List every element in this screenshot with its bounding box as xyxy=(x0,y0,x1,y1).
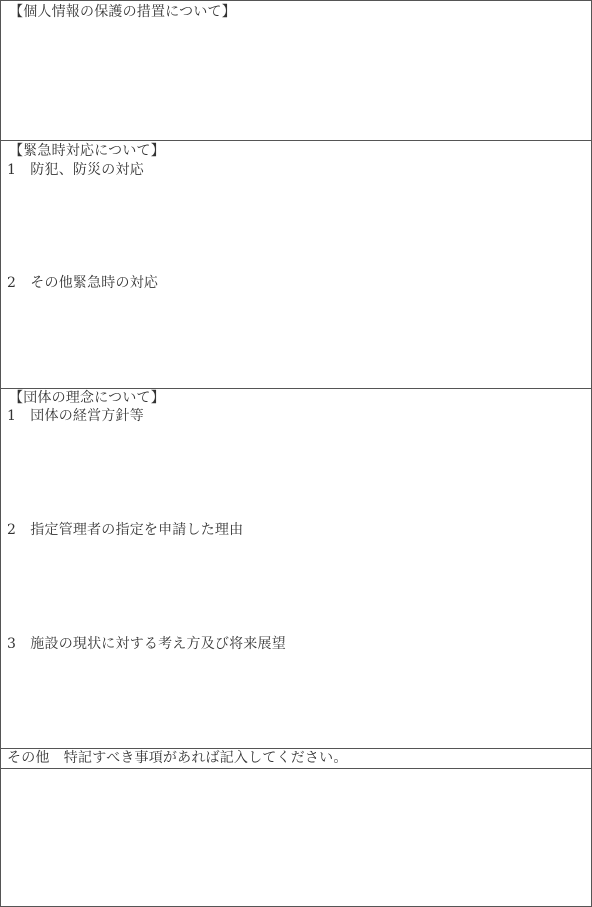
section-organization-philosophy: 【団体の理念について】 1 団体の経営方針等 2 指定管理者の指定を申請した理由… xyxy=(1,389,591,749)
item-management-policy: 1 団体の経営方針等 xyxy=(7,407,144,425)
item-application-reason: 2 指定管理者の指定を申請した理由 xyxy=(7,521,243,539)
item-future-outlook: 3 施設の現状に対する考え方及び将来展望 xyxy=(7,635,286,653)
item-crime-disaster-prevention: 1 防犯、防災の対応 xyxy=(7,161,144,179)
item-other-emergency: 2 その他緊急時の対応 xyxy=(7,274,158,292)
section-privacy-protection: 【個人情報の保護の措置について】 xyxy=(1,1,591,141)
section-other-header: その他 特記すべき事項があれば記入してください。 xyxy=(1,749,591,769)
section-heading: 【緊急時対応について】 xyxy=(9,142,165,160)
section-heading: その他 特記すべき事項があれば記入してください。 xyxy=(7,749,348,767)
section-heading: 【個人情報の保護の措置について】 xyxy=(9,3,236,21)
section-heading: 【団体の理念について】 xyxy=(9,389,165,407)
other-notes-area[interactable] xyxy=(1,769,591,906)
form-table: 【個人情報の保護の措置について】 【緊急時対応について】 1 防犯、防災の対応 … xyxy=(0,0,592,907)
section-emergency-response: 【緊急時対応について】 1 防犯、防災の対応 2 その他緊急時の対応 xyxy=(1,141,591,389)
